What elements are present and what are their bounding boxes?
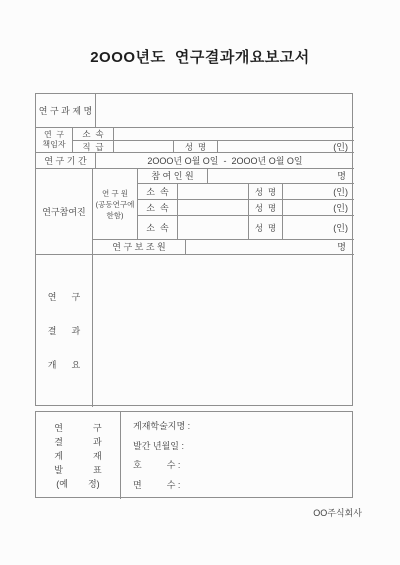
member2-affiliation-value [178, 200, 249, 216]
researcher-label-line1: 연 구 원 [102, 188, 128, 199]
company-name: OO주식회사 [0, 506, 362, 519]
summary-label-line1: 연 구 [48, 292, 80, 302]
pi-label-line2: 책임자 [42, 140, 65, 150]
results-summary-label: 연 구 결 과 개 요 [36, 255, 93, 407]
member1-name-label: 성 명 [249, 184, 283, 200]
principal-investigator-label: 연 구 책임자 [36, 128, 73, 153]
assistant-label: 연 구 보 조 원 [93, 240, 186, 255]
researcher-label-line2: (공동연구에 [96, 199, 135, 210]
summary-label-line2: 결 과 [48, 326, 80, 336]
member3-name-label: 성 명 [249, 216, 283, 240]
issue-number-field: 호 수 : [133, 460, 180, 470]
researcher-label: 연 구 원 (공동연구에 한함) [93, 169, 138, 240]
member1-affiliation-label: 소 속 [138, 184, 178, 200]
report-title: 2OOO년도 연구결과개요보고서 [0, 46, 400, 67]
member3-name-seal: (인) [283, 216, 354, 240]
publication-label-line1: 연 구 [54, 423, 101, 433]
pi-label-line1: 연 구 [44, 130, 64, 140]
summary-label-line3: 개 요 [48, 360, 80, 370]
publication-label-line3: 게 재 [54, 451, 101, 461]
member2-affiliation-label: 소 속 [138, 200, 178, 216]
pi-affiliation-value [114, 128, 354, 141]
member2-name-label: 성 명 [249, 200, 283, 216]
research-period-value: 2OOO년 O월 O일 - 2OOO년 O월 O일 [96, 153, 354, 169]
member1-name-seal: (인) [283, 184, 354, 200]
publication-section-label: 연 구 결 과 게 재 발 표 (예 정) [36, 412, 121, 499]
pi-name-label: 성 명 [174, 141, 218, 153]
participants-section-label: 연구참여진 [36, 169, 93, 255]
pi-name-seal: (인) [218, 141, 354, 153]
member1-affiliation-value [178, 184, 249, 200]
pi-position-value [114, 141, 174, 153]
assistant-unit: 명 [186, 240, 354, 255]
member2-name-seal: (인) [283, 200, 354, 216]
member3-affiliation-label: 소 속 [138, 216, 178, 240]
publication-label-line2: 결 과 [54, 437, 101, 447]
headcount-unit: 명 [208, 169, 354, 184]
journal-name-field: 게재학술지명 : [133, 421, 190, 431]
pi-affiliation-label: 소 속 [73, 128, 114, 141]
project-name-label: 연 구 과 제 명 [36, 94, 96, 128]
publication-fields: 게재학술지명 : 발간 년월일 : 호 수 : 면 수 : [121, 412, 354, 499]
research-period-label: 연 구 기 간 [36, 153, 96, 169]
issued-date-field: 발간 년월일 : [133, 441, 184, 451]
project-name-value [96, 94, 354, 128]
headcount-label: 참 여 인 원 [138, 169, 208, 184]
report-page: 2OOO년도 연구결과개요보고서 연 구 과 제 명 연 구 책임자 소 속 직… [0, 0, 400, 565]
publication-label-line4: 발 표 [54, 465, 101, 475]
report-form-table: 연 구 과 제 명 연 구 책임자 소 속 직 급 성 명 (인) 연 구 기 … [35, 93, 353, 406]
researcher-label-line3: 한함) [107, 210, 124, 221]
publication-table: 연 구 결 과 게 재 발 표 (예 정) 게재학술지명 : 발간 년월일 : … [35, 411, 353, 498]
publication-label-line5: (예 정) [56, 479, 99, 489]
page-count-field: 면 수 : [133, 480, 180, 490]
member3-affiliation-value [178, 216, 249, 240]
pi-position-label: 직 급 [73, 141, 114, 153]
